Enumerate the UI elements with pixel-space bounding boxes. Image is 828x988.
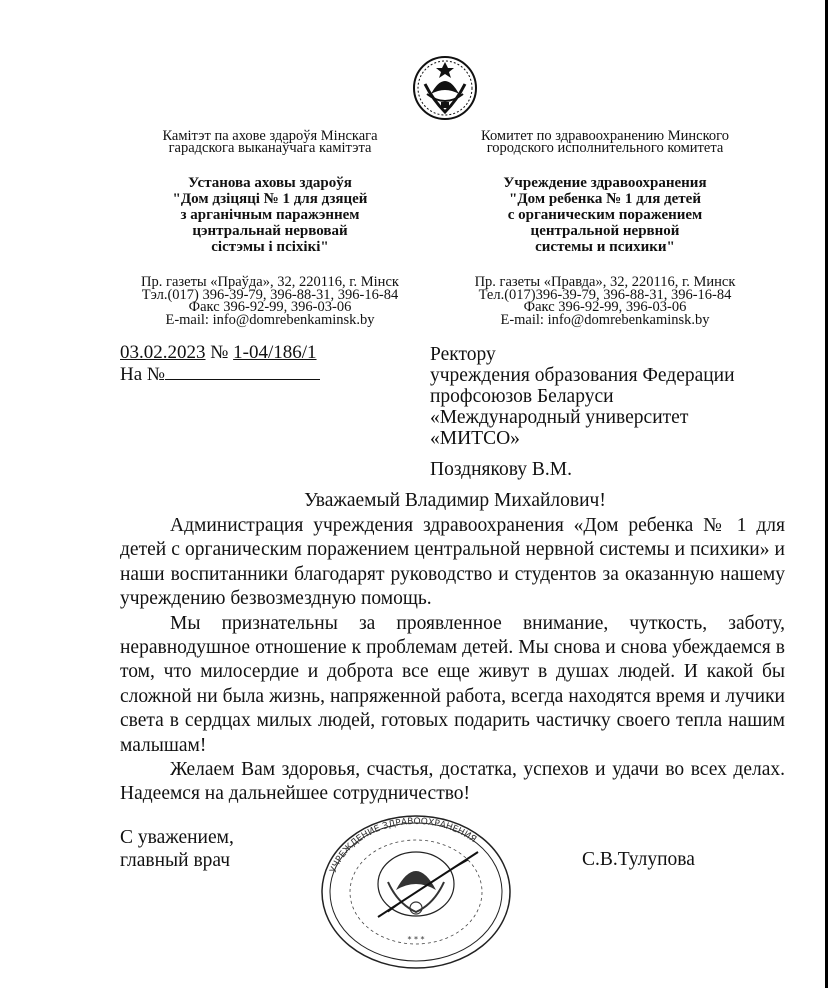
letter-date: 03.02.2023 (120, 342, 206, 363)
reference-block: 03.02.2023 № 1-04/186/1 На № (120, 343, 320, 385)
recipient-block: Ректору учреждения образования Федерации… (430, 344, 735, 480)
salutation: Уважаемый Владимир Михайлович! (120, 490, 790, 512)
letter-number: 1-04/186/1 (233, 342, 316, 363)
header-right-parent-org: Комитет по здравоохранению Минского горо… (440, 130, 770, 154)
header-left-institution: Установа аховы здароўя "Дом дзіцяці № 1 … (110, 175, 430, 255)
paragraph: Желаем Вам здоровья, счастья, достатка, … (120, 758, 785, 807)
header-left-parent-org: Камітэт па ахове здароўя Мінскага гарадс… (110, 130, 430, 154)
number-sign: № (210, 342, 228, 363)
coat-of-arms-icon (411, 54, 479, 122)
paragraph: Мы признательны за проявленное внимание,… (120, 612, 785, 758)
in-reply-label: На № (120, 364, 165, 385)
header-right-institution: Учреждение здравоохранения "Дом ребенка … (440, 175, 770, 255)
recipient-name: Позднякову В.М. (430, 459, 735, 480)
in-reply-blank-line (165, 363, 320, 380)
svg-text:* * *: * * * (407, 935, 424, 944)
letter-body: Администрация учреждения здравоохранения… (120, 514, 785, 807)
header-right-address: Пр. газеты «Правда», 32, 220116, г. Минс… (440, 276, 770, 326)
closing-block: С уважением, главный врач (120, 826, 234, 872)
paragraph: Администрация учреждения здравоохранения… (120, 514, 785, 612)
header-left-address: Пр. газеты «Праўда», 32, 220116, г. Мінс… (110, 276, 430, 326)
signer-name: С.В.Тулупова (582, 849, 695, 871)
official-seal-icon: * * * УЧРЕЖДЕНИЕ ЗДРАВООХРАНЕНИЯ (318, 812, 514, 972)
